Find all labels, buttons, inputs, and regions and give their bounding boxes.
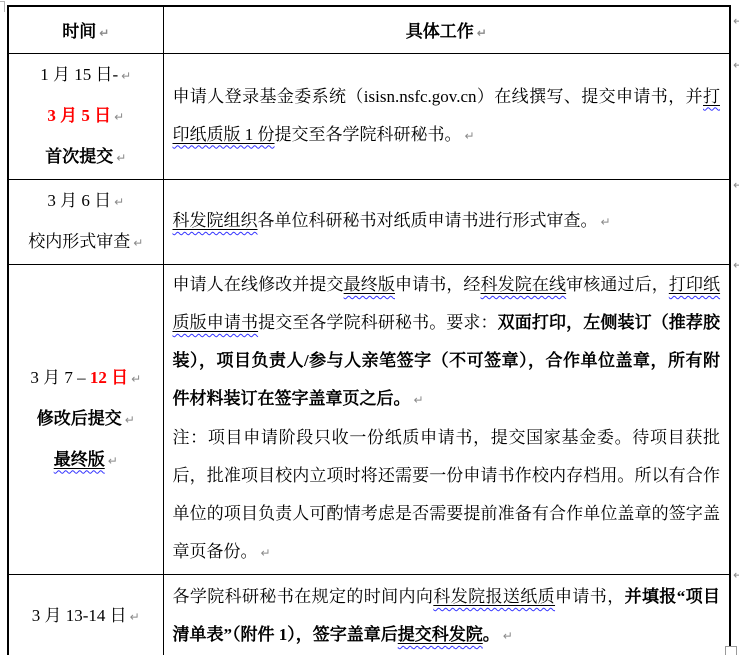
phase-text: 首次提交	[45, 147, 113, 166]
text-segment: 提交至各学院科研秘书。要求：	[258, 313, 498, 332]
note-text: 注：项目申请阶段只收一份纸质申请书，提交国家基金委。待项目获批后，批准项目校内立…	[173, 428, 721, 561]
end-of-row-mark-icon: ↵	[733, 14, 739, 28]
time-cell-final-submission: 3 月 7 – 12 日↵ 修改后提交↵ 最终版↵	[8, 264, 163, 574]
paragraph-mark-icon: ↵	[477, 26, 487, 40]
phase-label: 修改后提交↵	[10, 399, 162, 440]
date-range: 3 月 7 – 12 日↵	[10, 358, 162, 399]
table-row-final-submission: 3 月 7 – 12 日↵ 修改后提交↵ 最终版↵ 申请人在线修改并提交最终版申…	[8, 264, 730, 574]
work-cell-secretary-submission: 各学院科研秘书在规定的时间内向科发院报送纸质申请书，并填报“项目清单表”（附件 …	[163, 574, 730, 655]
work-paragraph: 科发院组织各单位科研秘书对纸质申请书进行形式审查。↵	[173, 202, 721, 241]
word-document-page: 时间↵ 具体工作↵ 1 月 15 日-↵ 3 月 5 日↵ 首次提交↵ 申请人登…	[0, 0, 739, 655]
end-of-row-mark-icon: ↵	[733, 258, 739, 272]
text-segment: 申请书，	[555, 587, 625, 606]
paragraph-mark-icon: ↵	[99, 26, 109, 40]
table-row-first-submission: 1 月 15 日-↵ 3 月 5 日↵ 首次提交↵ 申请人登录基金委系统（isi…	[8, 53, 730, 179]
table-header-row: 时间↵ 具体工作↵	[8, 6, 730, 53]
work-cell-final-submission: 申请人在线修改并提交最终版申请书，经科发院在线审核通过后，打印纸质版申请书提交至…	[163, 264, 730, 574]
text-segment: 各学院科研秘书在规定的时间内向	[173, 587, 434, 606]
date-text: 1 月 15 日-	[40, 65, 118, 84]
work-cell-first-submission: 申请人登录基金委系统（isisn.nsfc.gov.cn）在线撰写、提交申请书，…	[163, 53, 730, 179]
time-cell-first-submission: 1 月 15 日-↵ 3 月 5 日↵ 首次提交↵	[8, 53, 163, 179]
work-paragraph-requirements: 申请人在线修改并提交最终版申请书，经科发院在线审核通过后，打印纸质版申请书提交至…	[173, 266, 721, 419]
underlined-term: 科发院组织	[173, 211, 258, 230]
header-cell-work: 具体工作↵	[163, 6, 730, 53]
date-text: 3 月 13-14 日	[32, 606, 127, 625]
header-work-label: 具体工作	[406, 22, 474, 41]
date-line: 3 月 6 日↵	[10, 181, 162, 222]
date-range-start: 1 月 15 日-↵	[10, 55, 162, 96]
text-segment: 申请人登录基金委系统（isisn.nsfc.gov.cn）在线撰写、提交申请书，…	[173, 87, 704, 106]
text-segment: 审核通过后，	[566, 275, 669, 294]
date-text: 3 月 7 –	[30, 368, 90, 387]
paragraph-mark-icon: ↵	[108, 454, 118, 468]
table-move-handle[interactable]	[0, 1, 5, 12]
work-cell-format-review: 科发院组织各单位科研秘书对纸质申请书进行形式审查。↵	[163, 179, 730, 264]
text-segment: 申请书，经	[395, 275, 481, 294]
underlined-term: 科发院报送纸质	[433, 587, 555, 606]
work-paragraph: 各学院科研秘书在规定的时间内向科发院报送纸质申请书，并填报“项目清单表”（附件 …	[173, 578, 721, 655]
spellcheck-squiggle: 科发院在线	[481, 275, 567, 294]
time-cell-format-review: 3 月 6 日↵ 校内形式审查↵	[8, 179, 163, 264]
spellcheck-squiggle: 最终版	[344, 275, 395, 294]
work-paragraph: 申请人登录基金委系统（isisn.nsfc.gov.cn）在线撰写、提交申请书，…	[173, 78, 721, 155]
paragraph-mark-icon: ↵	[116, 151, 126, 165]
date-text: 3 月 6 日	[47, 191, 111, 210]
spellcheck-squiggle: 科发院组织	[173, 211, 258, 230]
paragraph-mark-icon: ↵	[261, 546, 271, 560]
paragraph-mark-icon: ↵	[503, 629, 513, 643]
underlined-term: 科发院在线	[481, 275, 567, 294]
underlined-term: 最终版	[344, 275, 395, 294]
phase-text: 校内形式审查	[28, 232, 130, 251]
paragraph-mark-icon: ↵	[465, 129, 475, 143]
paragraph-mark-icon: ↵	[133, 236, 143, 250]
paragraph-mark-icon: ↵	[130, 610, 140, 624]
deadline-date-red: 3 月 5 日	[47, 106, 111, 125]
phase-label-final-version: 最终版↵	[10, 440, 162, 481]
header-time-label: 时间	[62, 22, 96, 41]
paragraph-mark-icon: ↵	[114, 110, 124, 124]
spellcheck-squiggle: 科发院报送纸质	[433, 587, 555, 606]
phase-label: 首次提交↵	[10, 137, 162, 178]
deadline-date-red: 12 日	[90, 368, 128, 387]
phase-text: 修改后提交	[37, 409, 122, 428]
paragraph-mark-icon: ↵	[601, 215, 611, 229]
text-segment: 各单位科研秘书对纸质申请书进行形式审查。	[258, 211, 598, 230]
header-cell-time: 时间↵	[8, 6, 163, 53]
spellcheck-squiggle: 提交科发院	[398, 625, 483, 644]
paragraph-mark-icon: ↵	[414, 393, 424, 407]
paragraph-mark-icon: ↵	[121, 69, 131, 83]
paragraph-mark-icon: ↵	[114, 195, 124, 209]
end-of-row-mark-icon: ↵	[733, 178, 739, 192]
underlined-term: 最终版	[54, 450, 105, 469]
paragraph-mark-icon: ↵	[125, 413, 135, 427]
text-segment: 申请人在线修改并提交	[173, 275, 344, 294]
work-paragraph-note: 注：项目申请阶段只收一份纸质申请书，提交国家基金委。待项目获批后，批准项目校内立…	[173, 419, 721, 572]
text-segment: 提交至各学院科研秘书。	[275, 125, 462, 144]
phase-label: 校内形式审查↵	[10, 222, 162, 263]
schedule-table: 时间↵ 具体工作↵ 1 月 15 日-↵ 3 月 5 日↵ 首次提交↵ 申请人登…	[7, 5, 731, 655]
spellcheck-squiggle: 最终版	[54, 450, 105, 469]
date-deadline: 3 月 5 日↵	[10, 96, 162, 137]
end-of-row-mark-icon: ↵	[733, 568, 739, 582]
end-of-row-mark-icon: ↵	[733, 58, 739, 72]
bold-period: 。	[483, 625, 500, 644]
table-resize-handle[interactable]	[725, 646, 737, 655]
table-row-secretary-submission: 3 月 13-14 日↵ 各学院科研秘书在规定的时间内向科发院报送纸质申请书，并…	[8, 574, 730, 655]
time-cell-secretary-submission: 3 月 13-14 日↵	[8, 574, 163, 655]
date-line: 3 月 13-14 日↵	[10, 596, 162, 637]
paragraph-mark-icon: ↵	[131, 372, 141, 386]
underlined-term: 提交科发院	[398, 625, 483, 644]
table-row-format-review: 3 月 6 日↵ 校内形式审查↵ 科发院组织各单位科研秘书对纸质申请书进行形式审…	[8, 179, 730, 264]
